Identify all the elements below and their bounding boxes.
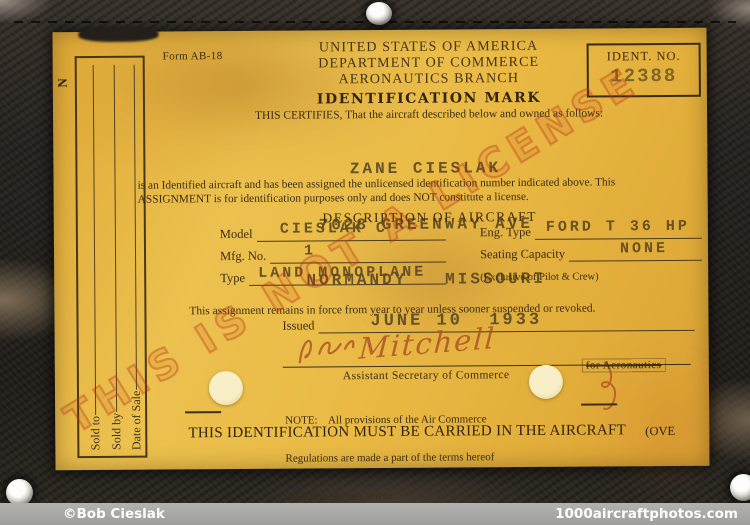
certificate-header: UNITED STATES OF AMERICA DEPARTMENT OF C… <box>229 38 629 108</box>
ident-number-label: IDENT. NO. <box>589 49 699 65</box>
type-label: Type <box>220 271 249 286</box>
seating-capacity-line <box>569 259 702 262</box>
photo-credit: ©Bob Cieslak <box>63 506 165 522</box>
snap-grommet-bottom-left-icon <box>6 479 33 506</box>
snap-grommet-bottom-right-icon <box>730 474 750 501</box>
form-number: Form AB-18 <box>163 50 223 62</box>
snap-grommet-top-icon <box>366 2 392 25</box>
assignment-paragraph: is an Identified aircraft and has been a… <box>138 176 704 208</box>
short-rule-left <box>185 411 221 413</box>
model-value: CIESLAK C <box>280 220 388 238</box>
photo-of-certificate-in-leather-holder: Sold to Sold by Date of Sale N Form AB-1… <box>0 0 750 525</box>
sold-to-label: Sold to <box>88 416 103 450</box>
certifies-line: THIS CERTIFIES, That the aircraft descri… <box>131 107 727 123</box>
sold-by-column: Sold by <box>104 65 127 450</box>
seating-note: (Exclusive of Pilot & Crew) <box>480 271 598 283</box>
struck-for-aeronautics: for Aeronautics <box>583 359 665 372</box>
note-line-3: as though written herein. <box>286 490 495 504</box>
punch-hole-right <box>529 365 563 399</box>
type-value: LAND MONOPLANE <box>258 264 426 282</box>
identification-mark-certificate: Sold to Sold by Date of Sale N Form AB-1… <box>52 28 709 471</box>
header-line-3: AERONAUTICS BRANCH <box>229 70 629 89</box>
model-label: Model <box>220 227 257 242</box>
note-line-2: Regulations are made a part of the terms… <box>285 451 494 465</box>
short-rule-right <box>581 403 617 405</box>
photo-source: 1000aircraftphotos.com <box>555 506 738 522</box>
signature-title: Assistant Secretary of Commerce <box>343 369 510 382</box>
punch-hole-left <box>209 371 243 405</box>
margin-letter-n: N <box>55 78 71 88</box>
ident-number-value: 12388 <box>589 65 699 88</box>
signature-name: Mitchell <box>358 321 497 366</box>
mfg-no-row: Mfg. No. <box>220 248 446 265</box>
fill-in-line <box>113 65 116 412</box>
over-indicator: (OVE <box>645 424 675 439</box>
eng-type-value: FORD T 36 HP <box>546 218 690 236</box>
seating-capacity-value: NONE <box>620 240 668 257</box>
seating-capacity-row: Seating Capacity <box>480 246 702 263</box>
certificate-title: IDENTIFICATION MARK <box>229 89 629 108</box>
photo-caption-bar: ©Bob Cieslak 1000aircraftphotos.com <box>0 503 750 525</box>
mfg-no-label: Mfg. No. <box>220 249 270 264</box>
sold-to-column: Sold to <box>83 65 106 450</box>
seating-capacity-label: Seating Capacity <box>480 247 569 263</box>
fill-in-line <box>92 65 95 415</box>
eng-type-label: Eng. Type <box>480 225 535 240</box>
must-be-carried-line: THIS IDENTIFICATION MUST BE CARRIED IN T… <box>103 422 711 443</box>
leather-overhang-smudge <box>78 27 158 43</box>
ident-number-box: IDENT. NO. 12388 <box>587 43 701 98</box>
signature-flourish-icon <box>291 324 360 371</box>
mfg-no-value: 1 <box>304 242 316 259</box>
